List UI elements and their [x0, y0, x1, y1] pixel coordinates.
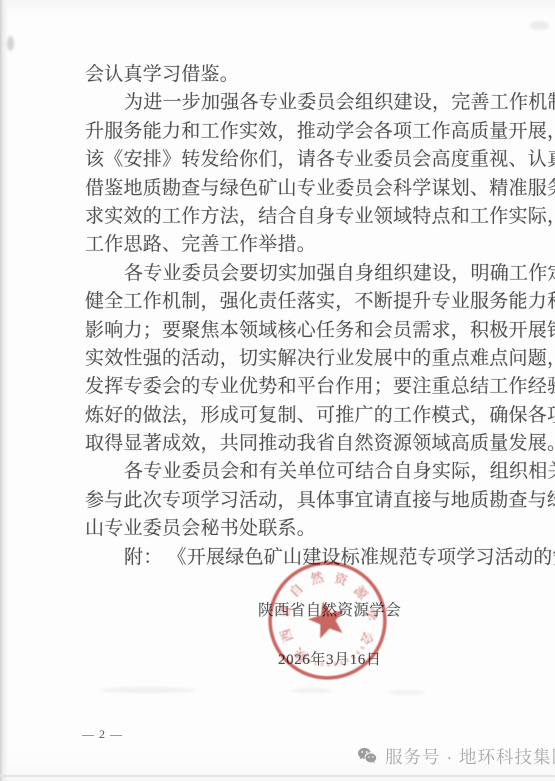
svg-text:6: 6 — [307, 658, 312, 665]
document-page: 会认真学习借鉴。 为进一步加强各专业委员会组织建设，完善工作机制，提 升服务能力… — [0, 0, 555, 781]
body-line: 各专业委员会和有关单位可结合自身实际，组织相关人员 — [85, 458, 477, 486]
svg-text:0: 0 — [333, 662, 337, 668]
body-line: 参与此次专项学习活动，具体事宜请直接与地质勘查与绿色矿 — [85, 487, 477, 515]
body-line: 为进一步加强各专业委员会组织建设，完善工作机制，提 — [85, 89, 477, 117]
scan-edge-bottom — [0, 775, 555, 777]
svg-text:学: 学 — [362, 607, 378, 622]
body-line: 该《安排》转发给你们，请各专业委员会高度重视、认真学习。 — [85, 146, 477, 174]
body-line: 实效性强的活动，切实解决行业发展中的重点难点问题，充分 — [85, 345, 477, 373]
scan-artifact — [389, 690, 425, 695]
body-line: 求实效的工作方法，结合自身专业领域特点和工作实际，创新 — [85, 203, 477, 231]
scan-artifact — [7, 36, 14, 51]
svg-text:1: 1 — [313, 661, 318, 668]
scan-edge-left — [0, 0, 8, 781]
svg-text:西: 西 — [278, 627, 296, 644]
svg-text:6: 6 — [356, 650, 362, 656]
body-line: 取得显著成效，共同推动我省自然资源领域高质量发展。 — [85, 430, 477, 458]
body-line: 工作思路、完善工作举措。 — [85, 231, 477, 259]
body-line: 会认真学习借鉴。 — [85, 61, 477, 89]
svg-text:0: 0 — [351, 654, 357, 661]
page-number: — 2 — — [82, 727, 123, 742]
svg-text:自: 自 — [287, 581, 306, 600]
body-line: 各专业委员会要切实加强自身组织建设，明确工作定位， — [85, 260, 477, 288]
svg-text:源: 源 — [351, 583, 370, 602]
svg-text:省: 省 — [276, 603, 293, 619]
body-line: 炼好的做法，形成可复制、可推广的工作模式，确保各项工作 — [85, 402, 477, 430]
letter-body: 会认真学习借鉴。 为进一步加强各专业委员会组织建设，完善工作机制，提 升服务能力… — [85, 61, 477, 572]
body-line: 借鉴地质勘查与绿色矿山专业委员会科学谋划、精准服务、务 — [85, 175, 477, 203]
body-line: 升服务能力和工作实效，推动学会各项工作高质量开展，现将 — [85, 118, 477, 146]
footer-watermark: 服务号 · 地环科技集团 — [356, 744, 555, 768]
svg-text:0: 0 — [320, 662, 324, 668]
body-line: 发挥专委会的专业优势和平台作用；要注重总结工作经验，提 — [85, 373, 477, 401]
scan-artifact — [100, 687, 195, 693]
svg-text:0: 0 — [339, 660, 344, 667]
body-line: 山专业委员会秘书处联系。 — [85, 515, 477, 543]
body-line: 影响力；要聚焦本领域核心任务和会员需求，积极开展针对性、 — [85, 317, 477, 345]
svg-text:0: 0 — [345, 657, 350, 664]
svg-text:资: 资 — [333, 570, 351, 589]
body-line: 健全工作机制，强化责任落实，不断提升专业服务能力和行业 — [85, 288, 477, 316]
wechat-icon — [356, 745, 378, 767]
svg-text:5: 5 — [360, 645, 367, 651]
watermark-text: 服务号 · 地环科技集团 — [385, 744, 555, 769]
seal-star-icon — [305, 597, 350, 640]
svg-text:然: 然 — [309, 570, 325, 587]
svg-text:0: 0 — [327, 663, 330, 669]
svg-text:会: 会 — [358, 629, 376, 647]
scan-artifact — [530, 21, 549, 30]
